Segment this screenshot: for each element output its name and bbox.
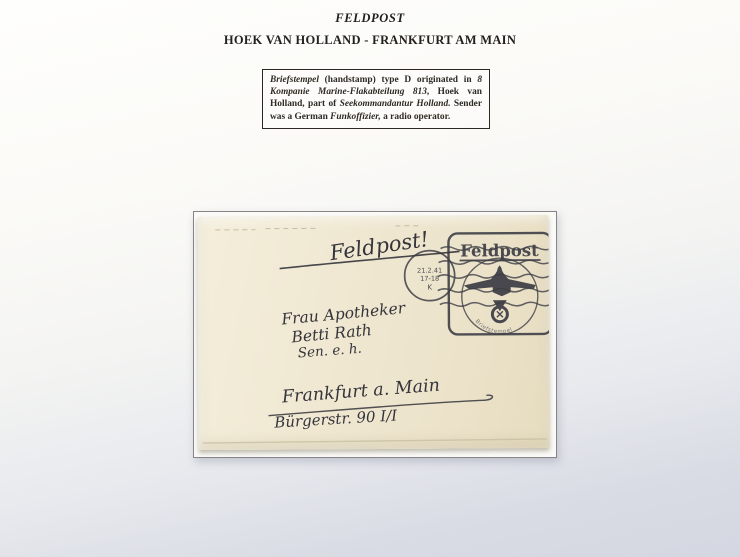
eagle-emblem-icon bbox=[464, 265, 536, 322]
description-seg-italic: Funkoffizier, bbox=[330, 112, 381, 122]
datestamp-letter: K bbox=[427, 283, 432, 292]
description-seg: a radio operator. bbox=[381, 112, 450, 122]
datestamp-date: 21.2.41 bbox=[417, 267, 442, 275]
seal-arc-text: Briefstempel bbox=[474, 318, 514, 335]
page-title: FELDPOST bbox=[0, 11, 740, 26]
photo-background: FELDPOST HOEK VAN HOLLAND - FRANKFURT AM… bbox=[0, 0, 740, 557]
description-box: Briefstempel (handstamp) type D originat… bbox=[262, 69, 490, 129]
address-street: Bürgerstr. 90 I/I bbox=[273, 406, 399, 431]
feldpost-handstamp: Feldpost Briefstempel bbox=[448, 233, 549, 336]
address-block: Frau Apotheker Betti Rath Sen. e. h. Fra… bbox=[268, 298, 493, 431]
page-subtitle: HOEK VAN HOLLAND - FRANKFURT AM MAIN bbox=[0, 33, 740, 48]
description-seg-italic: Seekommandantur Holland. bbox=[340, 99, 451, 109]
envelope-markings: 21.2.41 17-18 K Feldpost bbox=[197, 215, 549, 450]
datestamp-time: 17-18 bbox=[420, 275, 439, 283]
envelope-fold-line bbox=[203, 439, 547, 443]
description-seg-italic: Briefstempel bbox=[270, 75, 319, 85]
description-seg: (handstamp) type D originated in bbox=[319, 75, 477, 85]
mount-frame: 21.2.41 17-18 K Feldpost bbox=[193, 211, 557, 458]
pencil-annotation-dashes bbox=[215, 226, 421, 230]
description-text: Briefstempel (handstamp) type D originat… bbox=[270, 75, 482, 122]
address-city: Frankfurt a. Main bbox=[280, 376, 440, 408]
envelope: 21.2.41 17-18 K Feldpost bbox=[197, 215, 549, 450]
